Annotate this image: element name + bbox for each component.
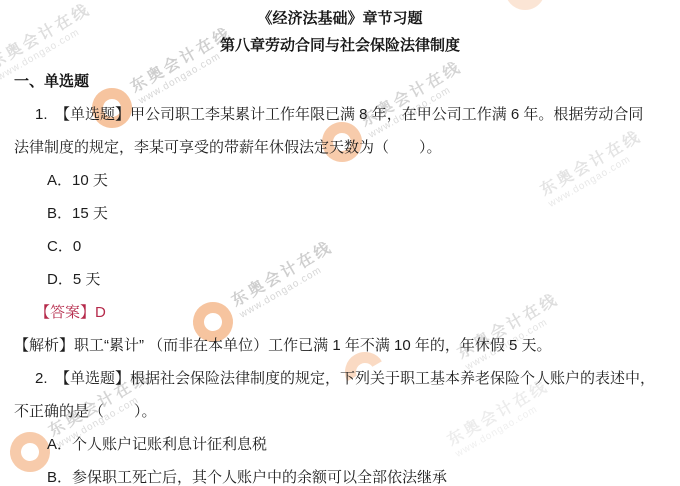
question-2-line-1: 2. 【单选题】根据社会保险法律制度的规定，下列关于职工基本养老保险个人账户的表… xyxy=(14,362,666,395)
doc-subtitle: 第八章劳动合同与社会保险法律制度 xyxy=(14,32,666,59)
document-body: 一、单选题 1. 【单选题】甲公司职工李某累计工作年限已满 8 年，在甲公司工作… xyxy=(14,65,666,486)
question-2-option-b: B．参保职工死亡后，其个人账户中的余额可以全部依法继承 xyxy=(14,461,666,486)
document-page: 东奥会计在线www.dongao.com东奥会计在线www.dongao.com… xyxy=(0,0,680,486)
question-1-analysis: 【解析】职工“累计” （而非在本单位）工作已满 1 年不满 10 年的，年休假 … xyxy=(14,329,666,362)
question-2-line-2: 不正确的是（ ）。 xyxy=(14,395,666,428)
question-1-option-d: D．5 天 xyxy=(14,263,666,296)
question-1-option-a: A．10 天 xyxy=(14,164,666,197)
question-2-option-a: A．个人账户记账利息计征利息税 xyxy=(14,428,666,461)
section-heading: 一、单选题 xyxy=(14,65,666,98)
question-1-option-b: B．15 天 xyxy=(14,197,666,230)
document-content: 《经济法基础》章节习题 第八章劳动合同与社会保险法律制度 一、单选题 1. 【单… xyxy=(0,0,680,486)
question-1-answer: 【答案】D xyxy=(14,296,666,329)
question-1-option-c: C．0 xyxy=(14,230,666,263)
doc-title: 《经济法基础》章节习题 xyxy=(14,5,666,32)
question-1-line-2: 法律制度的规定，李某可享受的带薪年休假法定天数为（ ）。 xyxy=(14,131,666,164)
question-1-line-1: 1. 【单选题】甲公司职工李某累计工作年限已满 8 年，在甲公司工作满 6 年。… xyxy=(14,98,666,131)
